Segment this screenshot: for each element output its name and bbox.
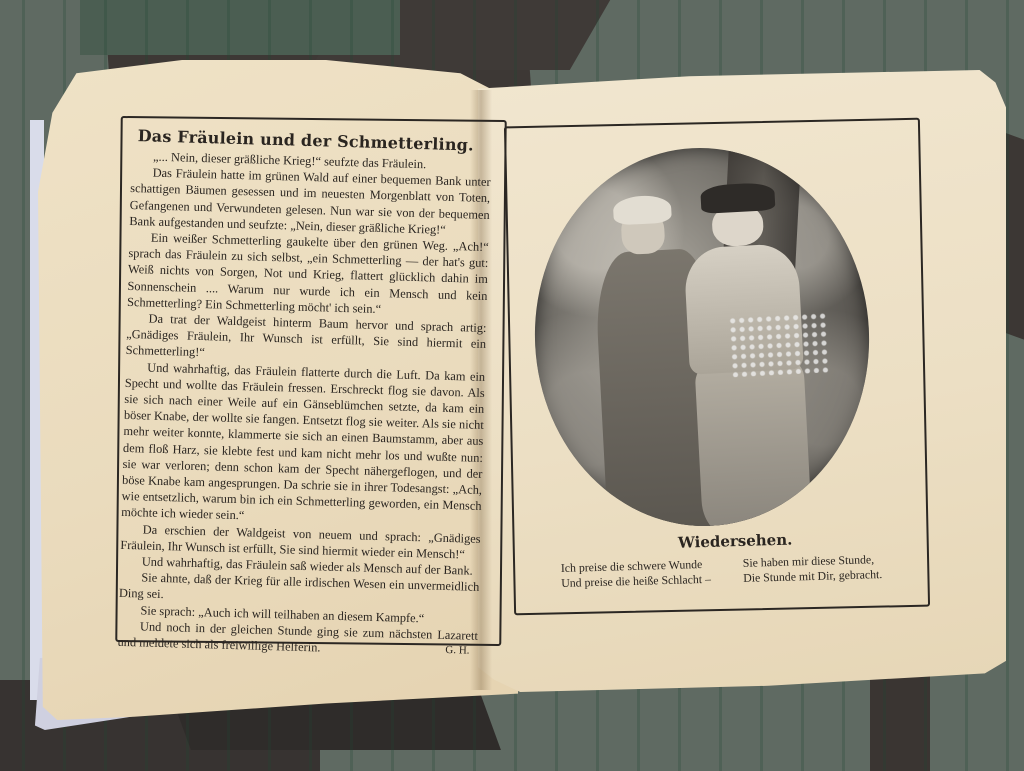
story-text-block: Das Fräulein und der Schmetterling. „...… <box>117 126 491 657</box>
story-paragraph: Und wahrhaftig, das Fräulein flatterte d… <box>121 359 485 531</box>
poem-right-column: Sie haben mir diese Stunde, Die Stunde m… <box>743 551 912 586</box>
story-paragraph: Ein weißer Schmetterling gaukelte über d… <box>127 229 489 320</box>
head-bandage <box>612 195 672 225</box>
story-paragraph: Das Fräulein hatte im grünen Wald auf ei… <box>129 164 491 239</box>
oval-illustration-couple <box>525 140 878 535</box>
poem-left-column: Ich preise die schwere Wunde Und preise … <box>561 556 730 591</box>
poem-block: Wiedersehen. Ich preise die schwere Wund… <box>560 527 911 591</box>
blossom-bouquet <box>728 311 831 377</box>
woman-cap <box>700 182 775 214</box>
woman-skirt <box>694 361 812 533</box>
open-booklet: Das Fräulein und der Schmetterling. „...… <box>0 0 1024 771</box>
